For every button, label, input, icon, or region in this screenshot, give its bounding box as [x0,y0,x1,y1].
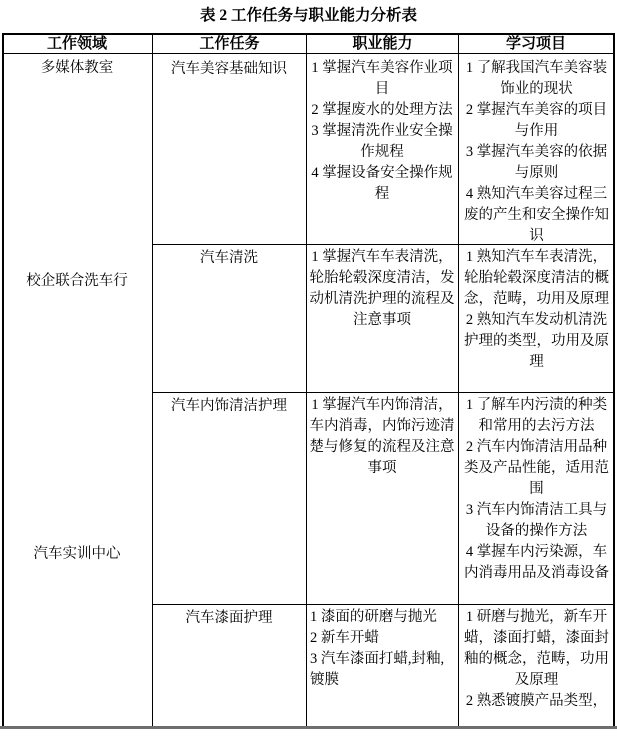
ability-item: 2 掌握废水的处理方法 [308,100,456,121]
ability-cell: 1 掌握汽车美容作业项目 2 掌握废水的处理方法 3 掌握清洗作业安全操作规程 … [308,58,456,205]
project-item: 2 熟悉镀膜产品类型， [460,691,613,712]
ability-item: 1 掌握汽车美容作业项目 [308,58,456,100]
table-title: 表 2 工作任务与职业能力分析表 [0,6,617,26]
project-item: 2 熟知汽车发动机清洗护理的类型，功用及原理 [460,310,613,373]
document-page: { "title": "表 2 工作任务与职业能力分析表", "columns"… [0,0,617,736]
area-label-multimedia-classroom: 多媒体教室 [4,58,150,79]
header-divider [2,53,615,54]
column-divider-1 [152,35,153,726]
ability-item: 2 新车开蜡 [310,628,456,649]
project-cell: 1 熟知汽车车表清洗，轮胎轮毂深度清洁的概念，范畴，功用及原理 2 熟知汽车发动… [460,247,613,373]
task-cell: 汽车内饰清洁护理 [154,396,304,417]
project-cell: 1 了解我国汽车美容装饰业的现状 2 掌握汽车美容的项目与作用 3 掌握汽车美容… [460,58,613,247]
row-divider-3 [153,604,615,605]
ability-item: 3 汽车漆面打蜡,封釉,镀膜 [310,649,456,691]
project-cell: 1 研磨与抛光，新车开蜡，漆面打蜡，漆面封釉的概念，范畴，功用及原理 2 熟悉镀… [460,607,613,712]
column-divider-3 [458,35,459,726]
column-header-task: 工作任务 [153,36,306,53]
project-item: 2 汽车内饰清洁用品种类及产品性能，适用范围 [460,437,613,500]
project-item: 4 熟知汽车美容过程三废的产生和安全操作知识 [460,184,613,247]
project-item: 1 研磨与抛光，新车开蜡，漆面打蜡，漆面封釉的概念，范畴，功用及原理 [460,607,613,691]
column-divider-2 [306,35,307,726]
column-header-ability: 职业能力 [307,36,458,53]
project-cell: 1 了解车内污渍的种类和常用的去污方法 2 汽车内饰清洁用品种类及产品性能，适用… [460,395,613,584]
project-item: 3 掌握汽车美容的依据与原则 [460,142,613,184]
table-border-top [2,33,615,35]
ability-cell: 1 掌握汽车内饰清洁，车内消毒，内饰污迹清楚与修复的流程及注意事项 [308,395,456,479]
task-cell: 汽车美容基础知识 [154,59,304,80]
column-header-area: 工作领域 [4,36,150,53]
task-cell: 汽车漆面护理 [154,608,304,629]
project-item: 1 了解车内污渍的种类和常用的去污方法 [460,395,613,437]
area-label-school-enterprise-carwash: 校企联合洗车行 [4,271,150,292]
project-item: 2 掌握汽车美容的项目与作用 [460,100,613,142]
ability-item: 4 掌握设备安全操作规程 [308,163,456,205]
project-item: 3 汽车内饰清洁工具与设备的操作方法 [460,500,613,542]
row-divider-2 [153,392,615,393]
table-border-left [2,33,4,726]
project-item: 1 了解我国汽车美容装饰业的现状 [460,58,613,100]
ability-cell: 1 掌握汽车车表清洗，轮胎轮毂深度清洁，发动机清洗护理的流程及注意事项 [308,247,456,331]
ability-item: 1 漆面的研磨与抛光 [310,607,456,628]
area-label-auto-training-center: 汽车实训中心 [4,544,150,565]
table-border-right [613,33,615,726]
ability-item: 3 掌握清洗作业安全操作规程 [308,121,456,163]
project-item: 1 熟知汽车车表清洗，轮胎轮毂深度清洁的概念，范畴，功用及原理 [460,247,613,310]
column-header-project: 学习项目 [459,36,613,53]
task-cell: 汽车清洗 [154,248,304,269]
ability-cell: 1 漆面的研磨与抛光 2 新车开蜡 3 汽车漆面打蜡,封釉,镀膜 [310,607,456,691]
ability-item: 1 掌握汽车车表清洗，轮胎轮毂深度清洁，发动机清洗护理的流程及注意事项 [308,247,456,331]
screenshot-cut-line [0,726,617,729]
ability-item: 1 掌握汽车内饰清洁，车内消毒，内饰污迹清楚与修复的流程及注意事项 [308,395,456,479]
project-item: 4 掌握车内污染源，车内消毒用品及消毒设备 [460,542,613,584]
